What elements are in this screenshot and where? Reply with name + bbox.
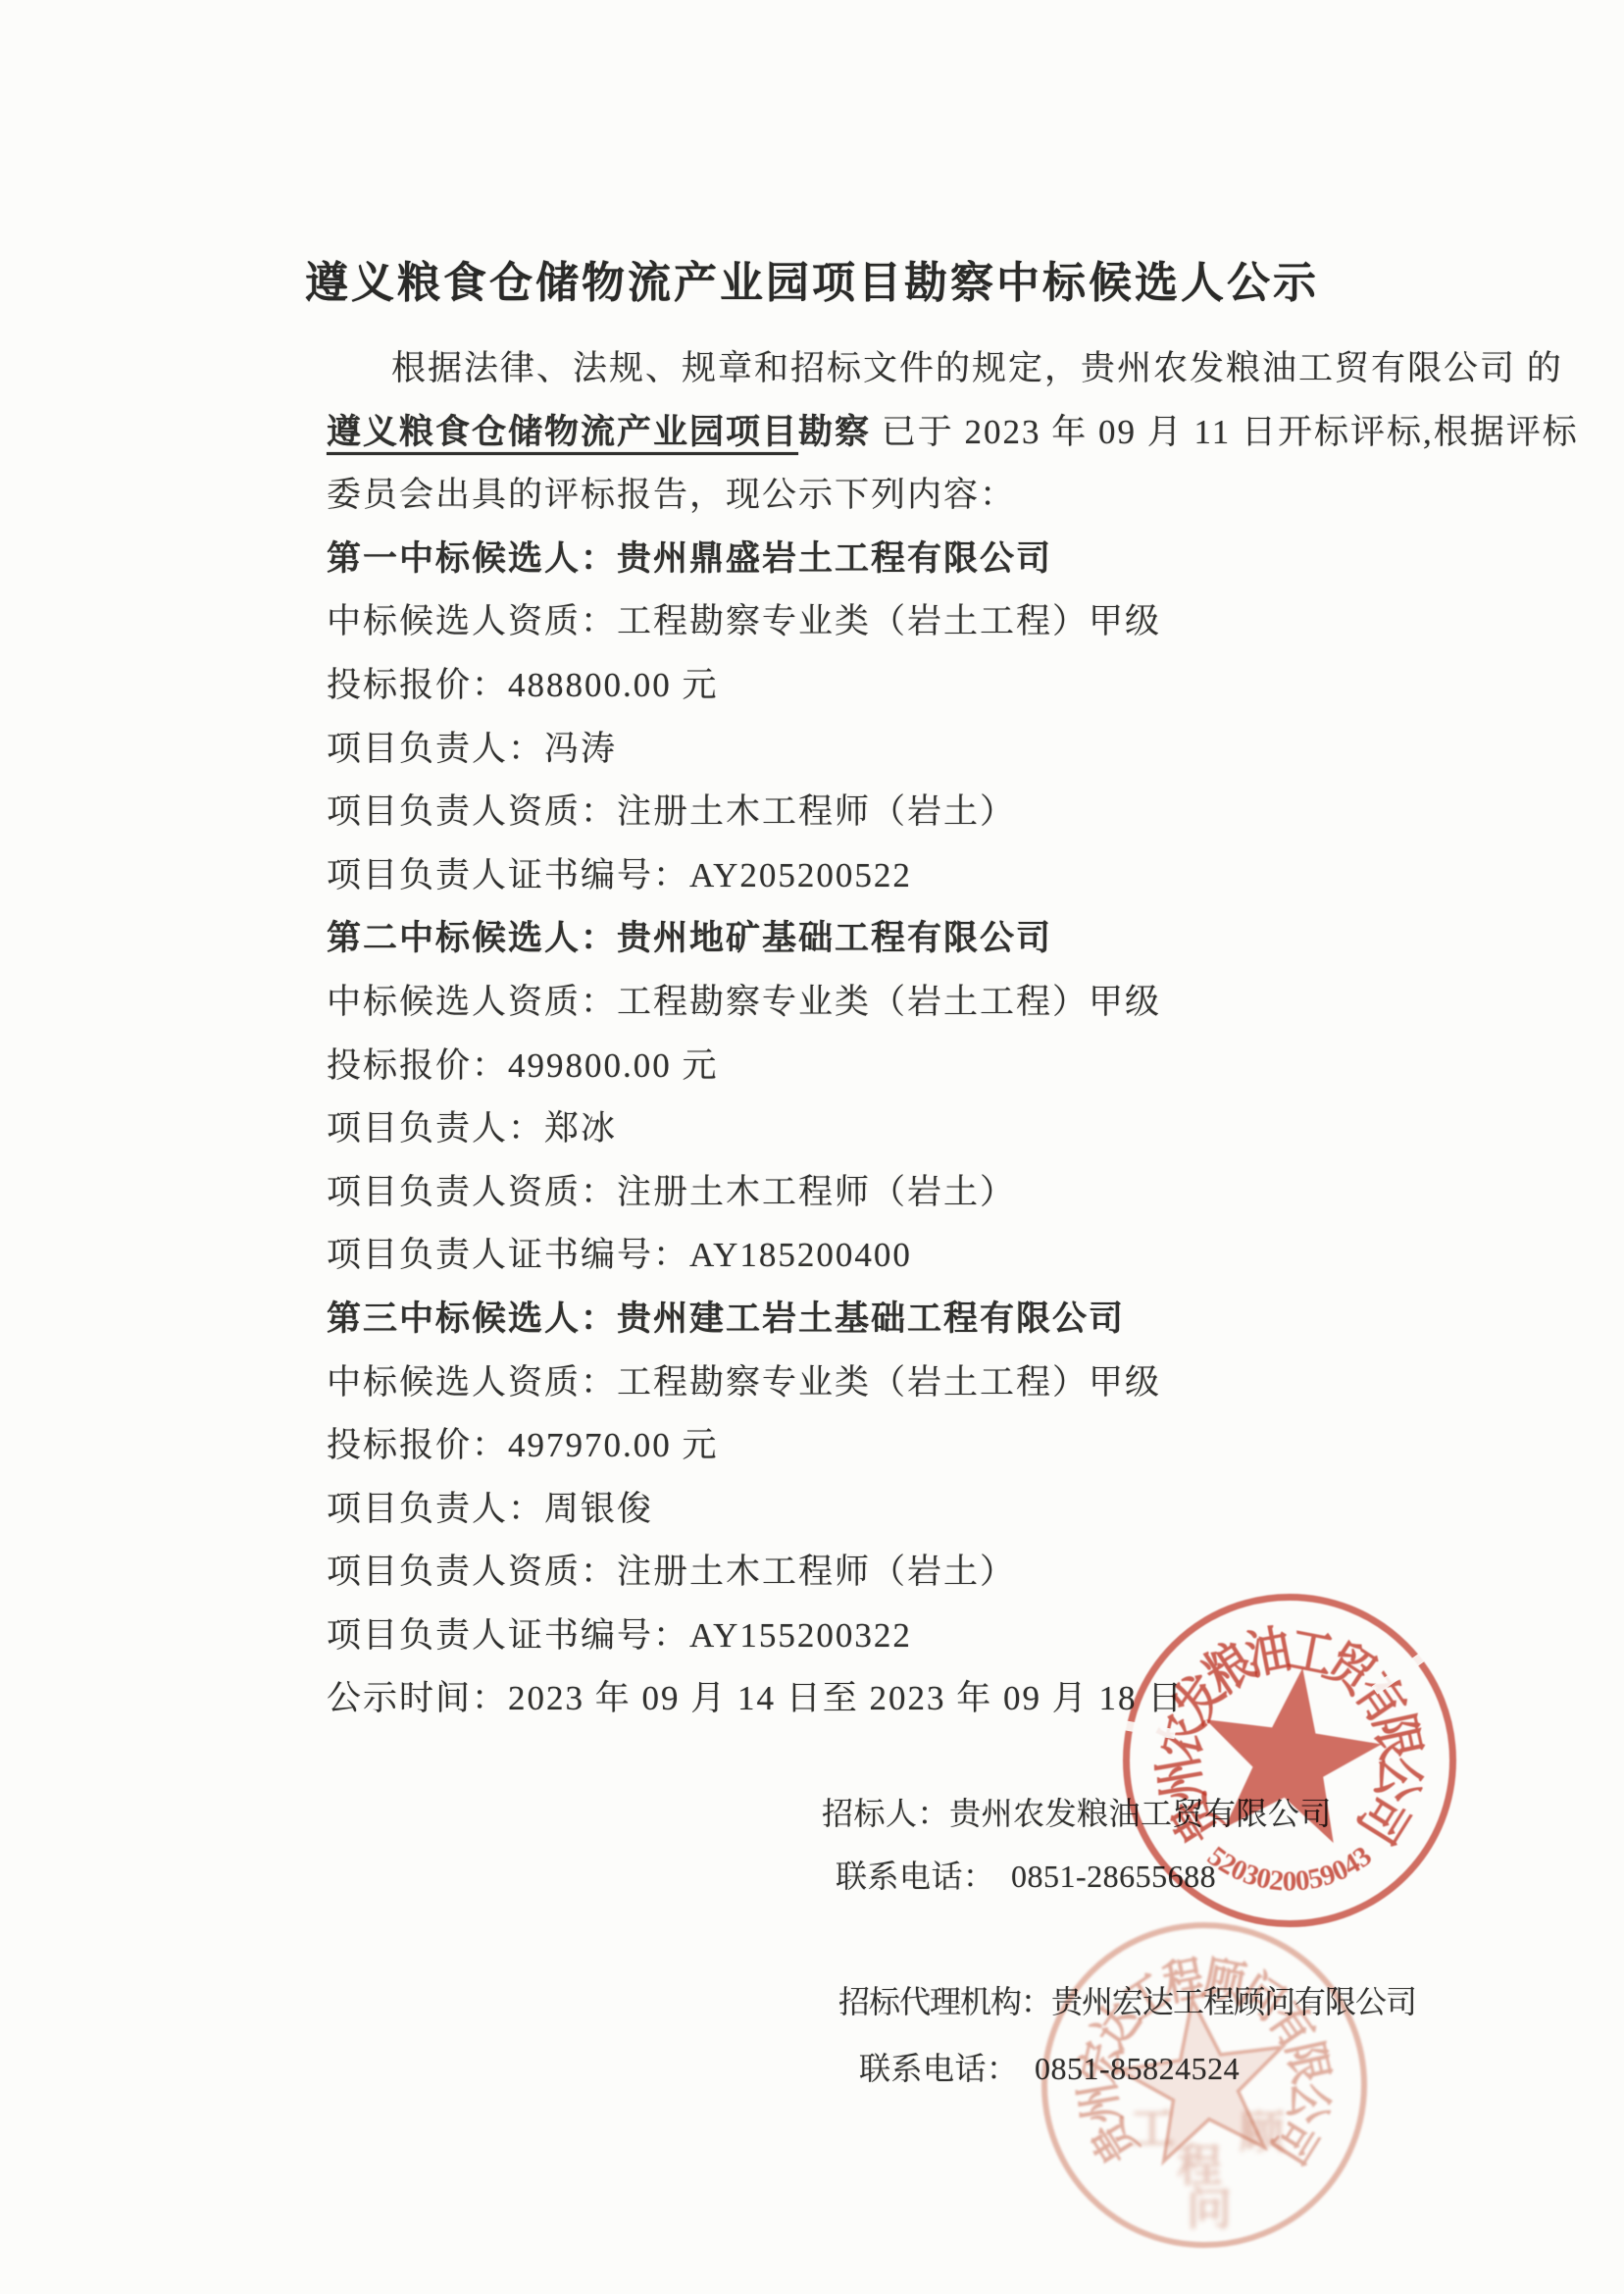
candidate-1-price: 投标报价：488800.00 元 xyxy=(327,654,1601,718)
intro-line-3: 委员会出具的评标报告，现公示下列内容： xyxy=(327,464,1601,528)
scanned-document-page: 遵义粮食仓储物流产业园项目勘察中标候选人公示 根据法律、法规、规章和招标文件的规… xyxy=(0,0,1624,2294)
document-body: 根据法律、法规、规章和招标文件的规定，贵州农发粮油工贸有限公司 的 遵义粮食仓储… xyxy=(327,337,1601,1731)
candidate-3-heading: 第三中标候选人：贵州建工岩土基础工程有限公司 xyxy=(327,1288,1601,1351)
candidate-2-certificate: 项目负责人证书编号：AY185200400 xyxy=(327,1224,1601,1288)
candidate-2-manager: 项目负责人：郑冰 xyxy=(327,1097,1601,1161)
candidate-3-price: 投标报价：497970.00 元 xyxy=(327,1414,1601,1478)
candidate-3-qualification: 中标候选人资质：工程勘察专业类（岩土工程）甲级 xyxy=(327,1351,1601,1415)
intro-line-1: 根据法律、法规、规章和招标文件的规定，贵州农发粮油工贸有限公司 的 xyxy=(327,337,1601,401)
candidate-2-manager-qualification: 项目负责人资质：注册土木工程师（岩土） xyxy=(327,1161,1601,1225)
candidate-2-heading: 第二中标候选人：贵州地矿基础工程有限公司 xyxy=(327,907,1601,971)
intro-line-2-rest: 已于 2023 年 09 月 11 日开标评标,根据评标 xyxy=(871,413,1579,451)
agency-company-seal: 工 程 顾 问 贵州宏达工程顾问有限公司 xyxy=(1041,1922,1367,2248)
candidate-1-certificate: 项目负责人证书编号：AY205200522 xyxy=(327,844,1601,908)
tenderer-company-seal: 贵州农发粮油工贸有限公司5203020059043 xyxy=(1123,1594,1456,1927)
candidate-1-manager: 项目负责人：冯涛 xyxy=(327,718,1601,782)
intro-line-2: 遵义粮食仓储物流产业园项目勘察 已于 2023 年 09 月 11 日开标评标,… xyxy=(327,401,1601,465)
candidate-3-manager-qualification: 项目负责人资质：注册土木工程师（岩土） xyxy=(327,1541,1601,1605)
candidate-3-manager: 项目负责人：周银俊 xyxy=(327,1478,1601,1542)
candidate-2-qualification: 中标候选人资质：工程勘察专业类（岩土工程）甲级 xyxy=(327,971,1601,1035)
project-name-underlined: 遵义粮食仓储物流产业园项目 xyxy=(327,413,798,451)
project-survey-label: 勘察 xyxy=(798,413,871,451)
candidate-1-manager-qualification: 项目负责人资质：注册土木工程师（岩土） xyxy=(327,781,1601,844)
seal-faint-glyph: 问 xyxy=(1187,2173,1232,2238)
candidate-1-qualification: 中标候选人资质：工程勘察专业类（岩土工程）甲级 xyxy=(327,590,1601,654)
candidate-1-heading: 第一中标候选人：贵州鼎盛岩土工程有限公司 xyxy=(327,528,1601,591)
candidate-2-price: 投标报价：499800.00 元 xyxy=(327,1035,1601,1098)
document-title: 遵义粮食仓储物流产业园项目勘察中标候选人公示 xyxy=(0,247,1624,310)
